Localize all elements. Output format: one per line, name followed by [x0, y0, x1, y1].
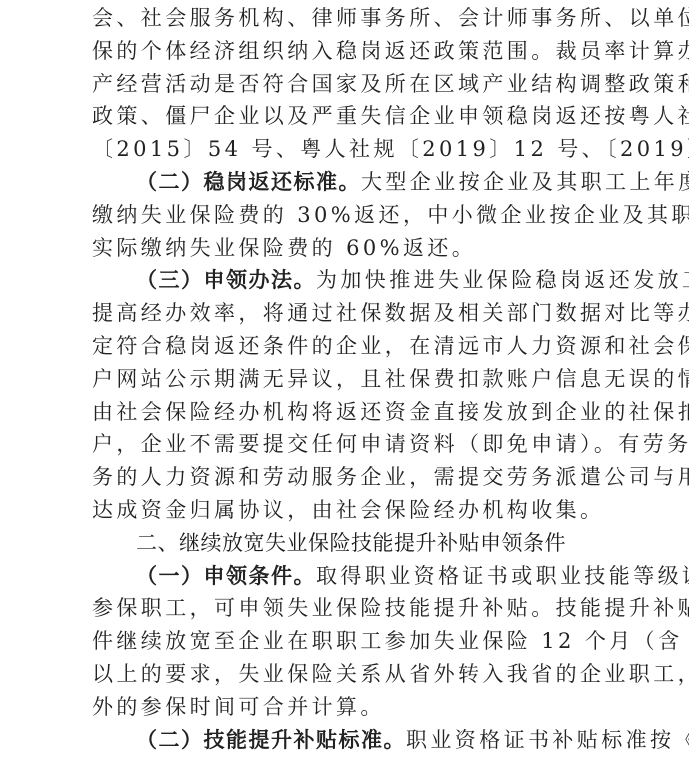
paragraph-label: （二）技能提升补贴标准。	[136, 728, 406, 752]
text-line: 缴纳失业保险费的 30%返还，中小微企业按企业及其职工上年度	[92, 199, 616, 232]
text-line: 件继续放宽至企业在职职工参加失业保险 12 个月（含 12 个月）	[92, 625, 616, 658]
text-line: 保的个体经济组织纳入稳岗返还政策范围。裁员率计算办法、生	[92, 35, 616, 68]
paragraph-label: （二）稳岗返还标准。	[136, 170, 361, 194]
text-line: 产经营活动是否符合国家及所在区域产业结构调整政策和环保	[92, 68, 616, 101]
text-line: 提高经办效率，将通过社保数据及相关部门数据对比等办法，确	[92, 297, 616, 330]
text-line: 户，企业不需要提交任何申请资料（即免申请）。有劳务派遣业	[92, 428, 616, 461]
section-heading: 二、继续放宽失业保险技能提升补贴申领条件	[92, 527, 616, 560]
text-line: 以上的要求，失业保险关系从省外转入我省的企业职工，其在省	[92, 658, 616, 691]
text-line: 达成资金归属协议，由社会保险经办机构收集。	[92, 494, 616, 527]
text-line: 〔2015〕54 号、粤人社规〔2019〕12 号、〔2019〕42 号办理。	[92, 133, 616, 166]
paragraph-text: 大型企业按企业及其职工上年度实际	[361, 170, 689, 194]
paragraph-return-standard: （二）稳岗返还标准。大型企业按企业及其职工上年度实际 缴纳失业保险费的 30%返…	[92, 166, 616, 264]
text-line: （三）申领办法。为加快推进失业保险稳岗返还发放工作，	[92, 264, 616, 297]
text-line: 实际缴纳失业保险费的 60%返还。	[92, 232, 616, 265]
text-line: 外的参保时间可合并计算。	[92, 691, 616, 724]
text-line: 会、社会服务机构、律师事务所、会计师事务所、以单位形式参	[92, 2, 616, 35]
paragraph-application-conditions: （一）申领条件。取得职业资格证书或职业技能等级证书的 参保职工，可申领失业保险技…	[92, 560, 616, 724]
document-page: 会、社会服务机构、律师事务所、会计师事务所、以单位形式参 保的个体经济组织纳入稳…	[92, 2, 616, 756]
paragraph-label: （三）申领办法。	[136, 268, 316, 292]
paragraph-text: 取得职业资格证书或职业技能等级证书的	[316, 564, 689, 588]
text-line: 参保职工，可申领失业保险技能提升补贴。技能提升补贴申领条	[92, 592, 616, 625]
paragraph-scope: 会、社会服务机构、律师事务所、会计师事务所、以单位形式参 保的个体经济组织纳入稳…	[92, 2, 616, 166]
text-line: 由社会保险经办机构将返还资金直接发放到企业的社保扣款账	[92, 396, 616, 429]
paragraph-label: （一）申领条件。	[136, 564, 316, 588]
text-line: 定符合稳岗返还条件的企业，在清远市人力资源和社会保障局门	[92, 330, 616, 363]
text-line: 务的人力资源和劳动服务企业，需提交劳务派遣公司与用工单位	[92, 461, 616, 494]
paragraph-subsidy-standard: （二）技能提升补贴标准。职业资格证书补贴标准按《广东	[92, 724, 616, 757]
text-line: 户网站公示期满无异议，且社保费扣款账户信息无误的情况下，	[92, 363, 616, 396]
text-line: （二）技能提升补贴标准。职业资格证书补贴标准按《广东	[92, 724, 616, 757]
text-line: （一）申领条件。取得职业资格证书或职业技能等级证书的	[92, 560, 616, 593]
text-line: 政策、僵尸企业以及严重失信企业申领稳岗返还按粤人社发	[92, 100, 616, 133]
paragraph-text: 为加快推进失业保险稳岗返还发放工作，	[316, 268, 689, 292]
paragraph-text: 职业资格证书补贴标准按《广东	[406, 728, 689, 752]
text-line: （二）稳岗返还标准。大型企业按企业及其职工上年度实际	[92, 166, 616, 199]
paragraph-application-method: （三）申领办法。为加快推进失业保险稳岗返还发放工作， 提高经办效率，将通过社保数…	[92, 264, 616, 526]
